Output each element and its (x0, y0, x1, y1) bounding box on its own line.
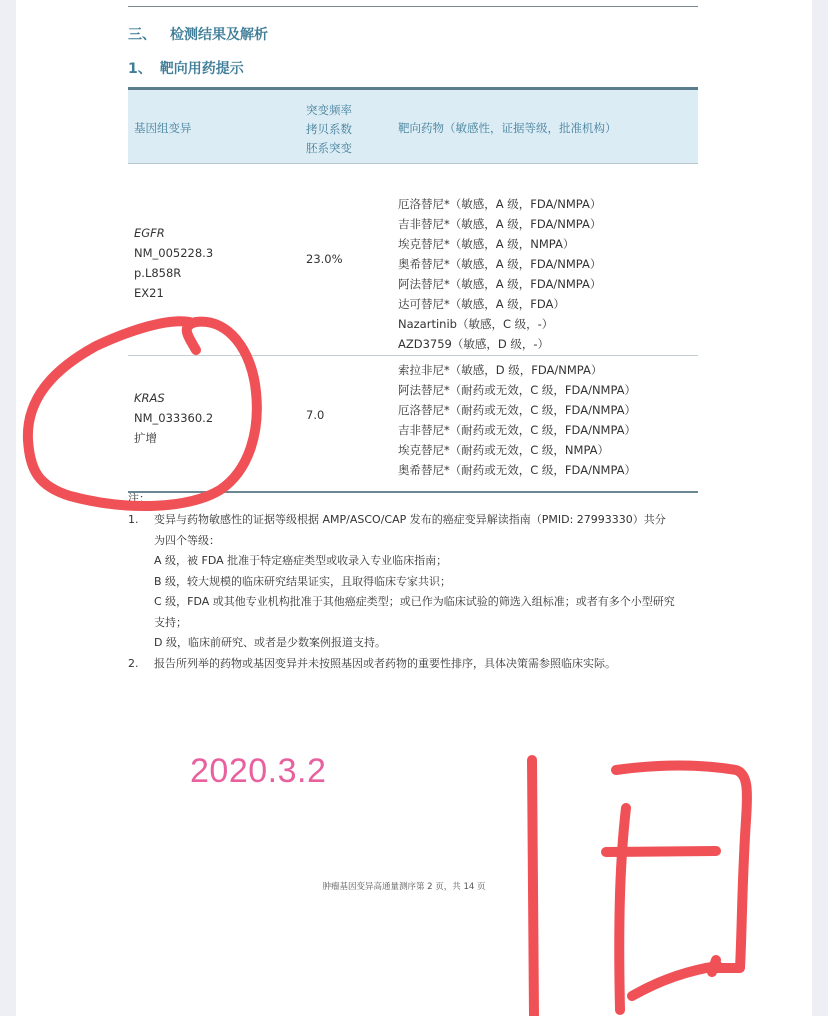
subsection-number: 1、 (128, 61, 152, 77)
gene-detail: 扩增 (134, 428, 213, 448)
notes-list: 1. 变异与药物敏感性的证据等级根据 AMP/ASCO/CAP 发布的癌症变异解… (128, 510, 708, 674)
drug-item: 厄洛替尼*（耐药或无效，C 级，FDA/NMPA） (398, 400, 636, 420)
drug-item: AZD3759（敏感，D 级，-） (398, 334, 601, 354)
header-metric-line: 突变频率 (306, 101, 352, 120)
note-line: B 级，较大规模的临床研究结果证实，且取得临床专家共识； (154, 572, 708, 593)
note-item: 1. 变异与药物敏感性的证据等级根据 AMP/ASCO/CAP 发布的癌症变异解… (128, 510, 708, 654)
note-line: D 级，临床前研究、或者是少数案例报道支持。 (154, 633, 708, 654)
drug-item: 索拉非尼*（敏感，D 级，FDA/NMPA） (398, 360, 636, 380)
drug-item: 厄洛替尼*（敏感，A 级，FDA/NMPA） (398, 194, 601, 214)
drug-item: 吉非替尼*（敏感，A 级，FDA/NMPA） (398, 214, 601, 234)
note-number: 1. (128, 510, 139, 531)
gene-detail: NM_033360.2 (134, 408, 213, 428)
section-heading: 三、检测结果及解析 (128, 24, 268, 44)
gene-detail: p.L858R (134, 263, 213, 283)
targeted-drug-table: 基因组变异 突变频率 拷贝系数 胚系突变 靶向药物（敏感性，证据等级，批准机构）… (128, 87, 698, 493)
gene-detail: NM_005228.3 (134, 243, 213, 263)
gene-variant-cell: KRAS NM_033360.2 扩增 (134, 388, 213, 448)
drug-item: 埃克替尼*（敏感，A 级，NMPA） (398, 234, 601, 254)
subsection-heading: 1、靶向用药提示 (128, 58, 244, 78)
table-row: EGFR NM_005228.3 p.L858R EX21 23.0% 厄洛替尼… (128, 164, 698, 356)
note-line: 报告所列举的药物或基因变异并未按照基因或者药物的重要性排序，具体决策需参照临床实… (154, 654, 708, 675)
header-variant: 基因组变异 (134, 120, 192, 136)
report-page: 三、检测结果及解析 1、靶向用药提示 基因组变异 突变频率 拷贝系数 胚系突变 … (16, 0, 812, 1016)
drug-item: 吉非替尼*（耐药或无效，C 级，FDA/NMPA） (398, 420, 636, 440)
note-line: C 级，FDA 或其他专业机构批准于其他癌症类型；或已作为临床试验的筛选入组标准… (154, 592, 708, 613)
drug-item: 达可替尼*（敏感，A 级，FDA） (398, 294, 601, 314)
table-row: KRAS NM_033360.2 扩增 7.0 索拉非尼*（敏感，D 级，FDA… (128, 356, 698, 493)
copy-number: 7.0 (306, 408, 324, 422)
header-metric-line: 胚系突变 (306, 139, 352, 158)
note-item: 2. 报告所列举的药物或基因变异并未按照基因或者药物的重要性排序，具体决策需参照… (128, 654, 708, 675)
drug-item: 奥希替尼*（耐药或无效，C 级，FDA/NMPA） (398, 460, 636, 480)
page-footer-text: 肿瘤基因变异高通量测序第 2 页，共 14 页 (322, 882, 485, 892)
drug-item: 埃克替尼*（耐药或无效，C 级，NMPA） (398, 440, 636, 460)
note-line: 支持； (154, 613, 708, 634)
note-line: 变异与药物敏感性的证据等级根据 AMP/ASCO/CAP 发布的癌症变异解读指南… (154, 510, 708, 531)
drug-item: 阿法替尼*（耐药或无效，C 级，FDA/NMPA） (398, 380, 636, 400)
notes-label: 注： (128, 490, 150, 506)
mutation-frequency: 23.0% (306, 252, 343, 266)
section-title: 检测结果及解析 (170, 27, 268, 43)
date-stamp-annotation: 2020.3.2 (190, 752, 326, 791)
header-drugs: 靶向药物（敏感性，证据等级，批准机构） (398, 120, 617, 136)
drug-item: Nazartinib（敏感，C 级，-） (398, 314, 601, 334)
header-metrics: 突变频率 拷贝系数 胚系突变 (306, 101, 352, 158)
gene-symbol: EGFR (134, 223, 213, 243)
section-number: 三、 (128, 27, 156, 43)
table-header: 基因组变异 突变频率 拷贝系数 胚系突变 靶向药物（敏感性，证据等级，批准机构） (128, 87, 698, 164)
header-metric-line: 拷贝系数 (306, 120, 352, 139)
note-line: A 级，被 FDA 批准于特定癌症类型或收录入专业临床指南； (154, 551, 708, 572)
note-line: 为四个等级： (154, 531, 708, 552)
drug-item: 奥希替尼*（敏感，A 级，FDA/NMPA） (398, 254, 601, 274)
drug-item: 阿法替尼*（敏感，A 级，FDA/NMPA） (398, 274, 601, 294)
drug-list: 索拉非尼*（敏感，D 级，FDA/NMPA） 阿法替尼*（耐药或无效，C 级，F… (398, 360, 636, 480)
top-divider (128, 6, 698, 7)
gene-detail: EX21 (134, 283, 213, 303)
gene-symbol: KRAS (134, 388, 213, 408)
page-footer: 肿瘤基因变异高通量测序第 2 页，共 14 页 (16, 880, 812, 892)
gene-variant-cell: EGFR NM_005228.3 p.L858R EX21 (134, 223, 213, 303)
subsection-title: 靶向用药提示 (160, 61, 244, 77)
note-number: 2. (128, 654, 139, 675)
drug-list: 厄洛替尼*（敏感，A 级，FDA/NMPA） 吉非替尼*（敏感，A 级，FDA/… (398, 194, 601, 354)
